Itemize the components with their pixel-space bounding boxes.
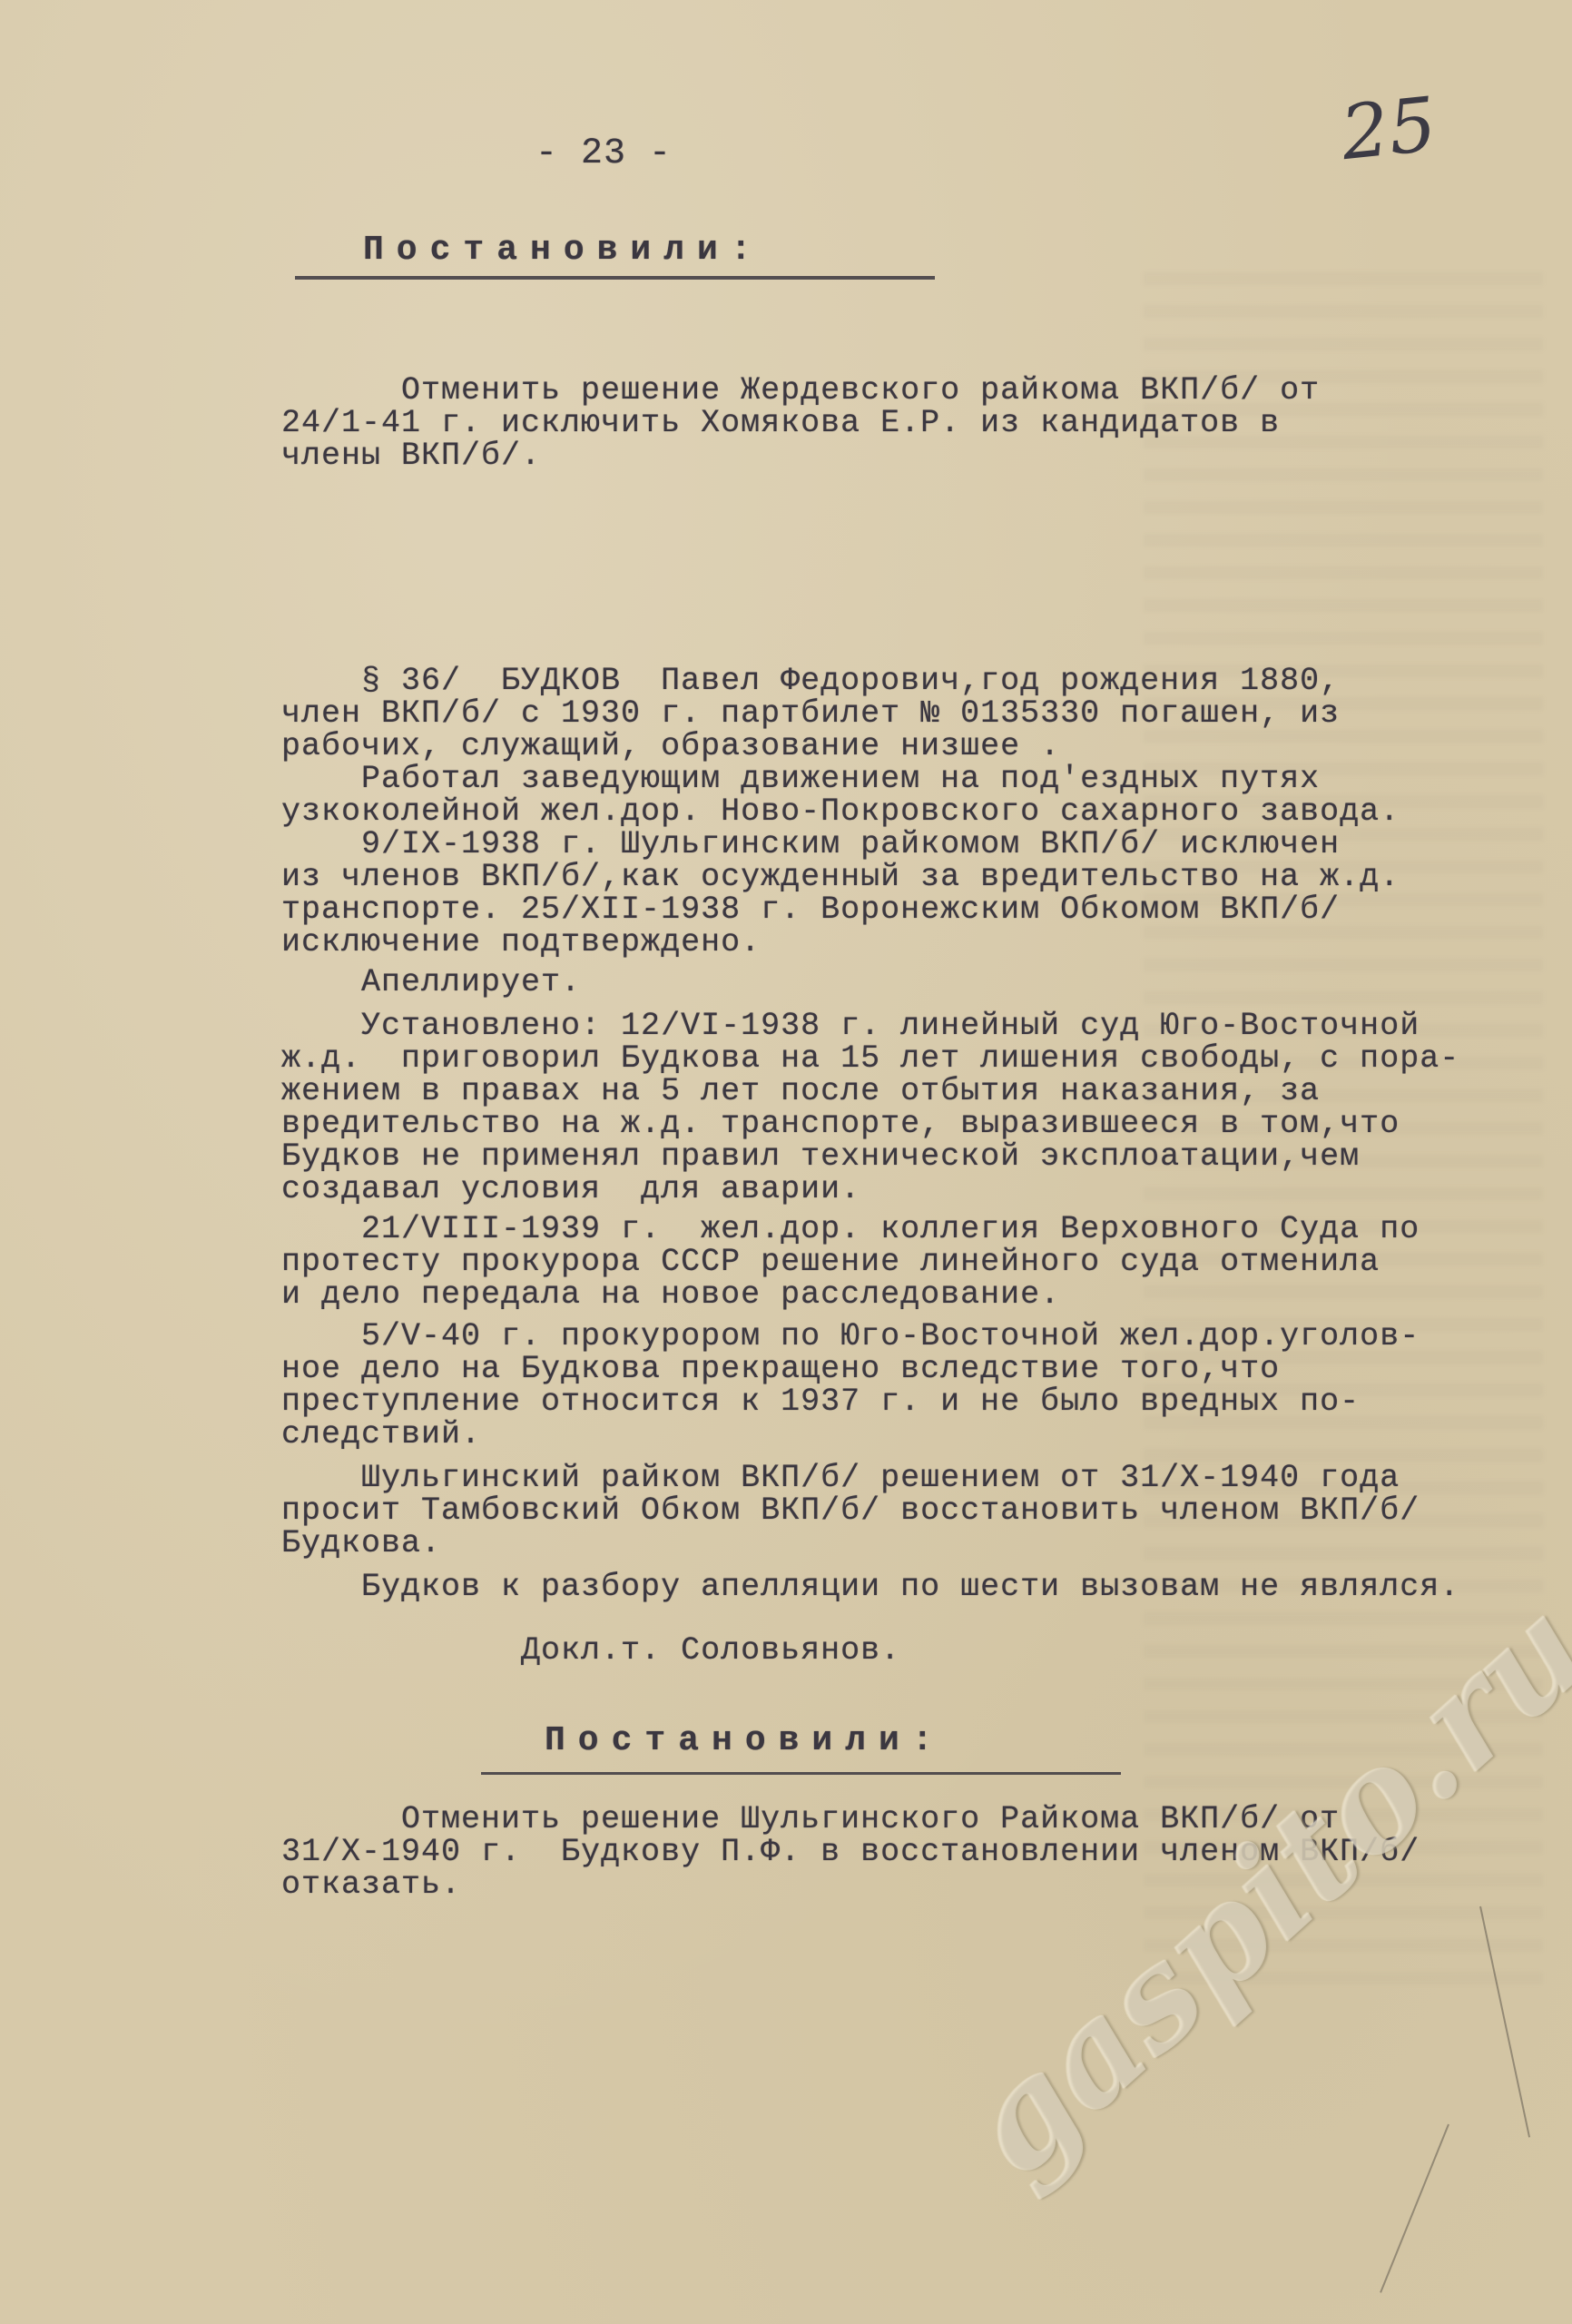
heading-underline-2 bbox=[481, 1772, 1121, 1775]
raikom-request-line: Шульгинский райком ВКП/б/ решением от 31… bbox=[281, 1462, 1400, 1494]
typed-page-number: - 23 - bbox=[535, 138, 672, 171]
prosecutor-line: преступление относится к 1937 г. и не бы… bbox=[281, 1385, 1360, 1418]
resolution-2-line: отказать. bbox=[281, 1868, 461, 1901]
case-line: член ВКП/б/ с 1930 г. партбилет № 013533… bbox=[281, 697, 1340, 730]
resolution-2-line: Отменить решение Шульгинского Райкома ВК… bbox=[281, 1803, 1340, 1836]
case-line: узкоколейной жел.дор. Ново-Покровского с… bbox=[281, 795, 1400, 828]
established-line: вредительство на ж.д. транспорте, вырази… bbox=[281, 1108, 1400, 1140]
appeal-line: Апеллирует. bbox=[281, 966, 581, 999]
established-line: Установлено: 12/VI-1938 г. линейный суд … bbox=[281, 1009, 1420, 1042]
raikom-request-line: Будкова. bbox=[281, 1527, 441, 1560]
case-line: Работал заведующим движением на под'ездн… bbox=[281, 763, 1320, 795]
supreme-court-line: и дело передала на новое расследование. bbox=[281, 1278, 1060, 1311]
established-line: ж.д. приговорил Будкова на 15 лет лишени… bbox=[281, 1042, 1459, 1075]
resolution-1-line: Отменить решение Жердевского райкома ВКП… bbox=[281, 374, 1320, 407]
raikom-request-line: просит Тамбовский Обком ВКП/б/ восстанов… bbox=[281, 1494, 1420, 1527]
case-line: § 36/ БУДКОВ Павел Федорович,год рождени… bbox=[281, 665, 1340, 697]
non-appearance-line: Будков к разбору апелляции по шести вызо… bbox=[281, 1571, 1459, 1603]
case-line: исключение подтверждено. bbox=[281, 926, 761, 959]
resolution-1-line: 24/1-41 г. исключить Хомякова Е.Р. из ка… bbox=[281, 407, 1280, 439]
heading-underline-1 bbox=[295, 276, 935, 280]
supreme-court-line: протесту прокурора СССР решение линейног… bbox=[281, 1246, 1380, 1278]
resolution-1-line: члены ВКП/б/. bbox=[281, 439, 541, 472]
case-line: транспорте. 25/XII-1938 г. Воронежским О… bbox=[281, 893, 1340, 926]
resolution-heading-1: Постановили: bbox=[363, 234, 764, 267]
reporter-line: Докл.т. Соловьянов. bbox=[281, 1634, 900, 1667]
archive-folio-number: 25 bbox=[1337, 82, 1440, 177]
case-line: из членов ВКП/б/,как осужденный за вреди… bbox=[281, 861, 1400, 893]
case-line: рабочих, служащий, образование низшее . bbox=[281, 730, 1060, 763]
supreme-court-line: 21/VIII-1939 г. жел.дор. коллегия Верхов… bbox=[281, 1213, 1420, 1246]
case-line: 9/IX-1938 г. Шульгинским райкомом ВКП/б/… bbox=[281, 828, 1340, 861]
established-line: жением в правах на 5 лет после отбытия н… bbox=[281, 1075, 1320, 1108]
resolution-heading-2: Постановили: bbox=[545, 1725, 946, 1758]
established-line: Будков не применял правил технической эк… bbox=[281, 1140, 1360, 1173]
prosecutor-line: следствий. bbox=[281, 1418, 481, 1451]
prosecutor-line: 5/V-40 г. прокурором по Юго-Восточной же… bbox=[281, 1320, 1420, 1353]
established-line: создавал условия для аварии. bbox=[281, 1173, 860, 1206]
prosecutor-line: ное дело на Будкова прекращено вследстви… bbox=[281, 1353, 1280, 1385]
